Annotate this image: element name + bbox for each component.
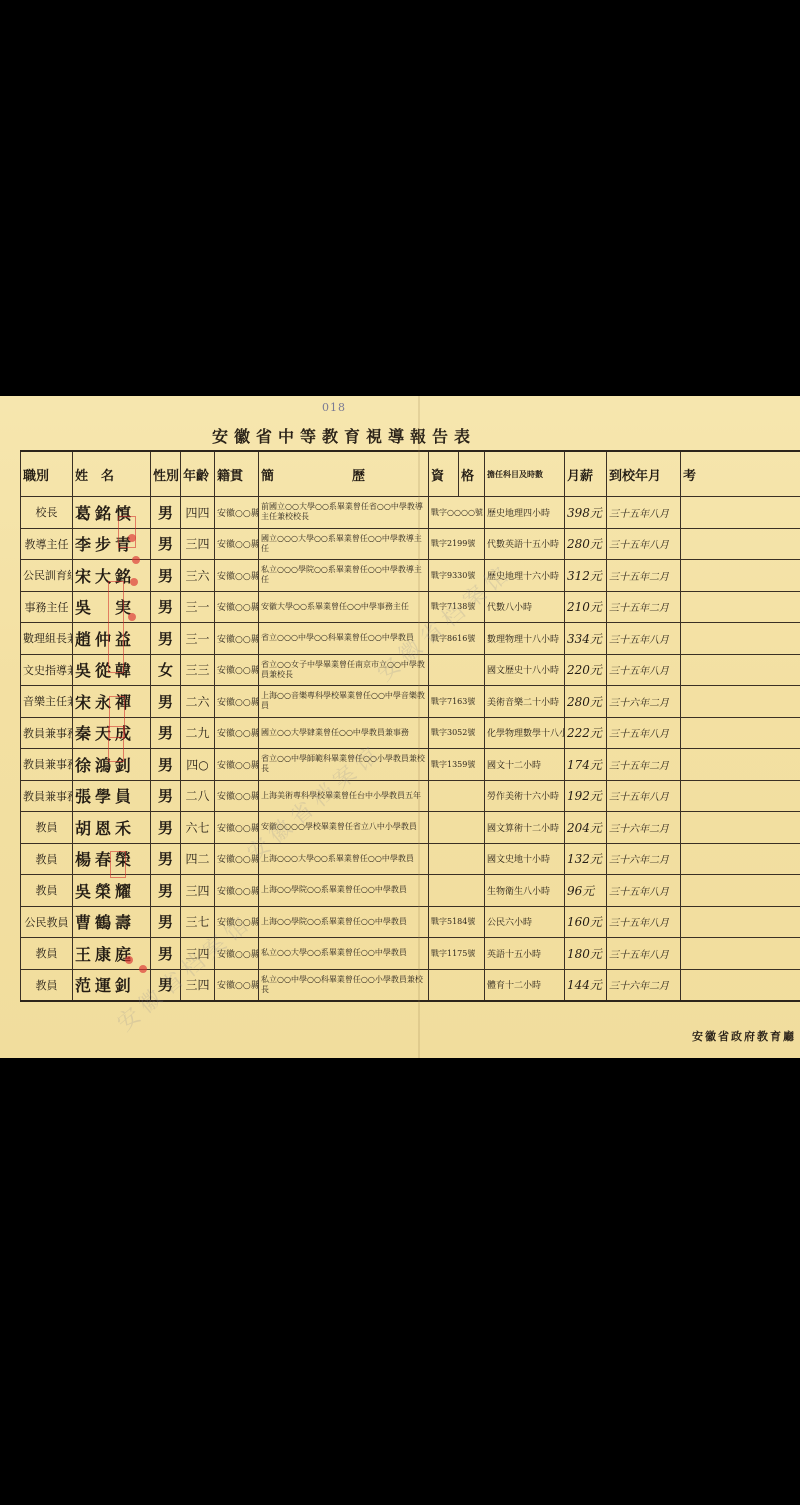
cell-arrival-date: 三十五年八月 bbox=[607, 717, 681, 749]
red-seal-mark bbox=[132, 556, 140, 564]
cell-sex: 男 bbox=[151, 875, 181, 907]
cell-role: 教員 bbox=[21, 875, 73, 907]
cell-arrival-date: 三十五年二月 bbox=[607, 749, 681, 781]
header-subjects: 擔任科目及時數 bbox=[485, 451, 565, 497]
cell-name: 葛銘慎 bbox=[73, 497, 151, 529]
cell-sex: 男 bbox=[151, 717, 181, 749]
cell-salary: 334元 bbox=[565, 623, 607, 655]
cell-qualification bbox=[429, 969, 485, 1001]
staff-table: 職別 姓 名 性別 年齡 籍貫 簡 歷 資 格 擔任科目及時數 月薪 到校年月 … bbox=[20, 450, 800, 1002]
cell-salary: 160元 bbox=[565, 906, 607, 938]
cell-role: 校長 bbox=[21, 497, 73, 529]
cell-subjects: 國文十二小時 bbox=[485, 749, 565, 781]
table-row: 教導主任 李步青 男 三四 安徽○○縣 國立○○○大學○○系畢業曾任○○中學教導… bbox=[21, 528, 800, 560]
cell-origin: 安徽○○縣 bbox=[215, 780, 259, 812]
cell-age: 三一 bbox=[181, 623, 215, 655]
red-seal bbox=[108, 581, 124, 673]
cell-remarks bbox=[681, 717, 800, 749]
cell-origin: 安徽○○縣 bbox=[215, 623, 259, 655]
table-row: 教員兼事務 張學員 男 二八 安徽○○縣 上海美術專科學校畢業曾任台中小學教員五… bbox=[21, 780, 800, 812]
cell-origin: 安徽○○縣 bbox=[215, 717, 259, 749]
red-seal-mark bbox=[139, 965, 147, 973]
red-seal-mark bbox=[128, 534, 136, 542]
cell-name: 張學員 bbox=[73, 780, 151, 812]
cell-arrival-date: 三十六年二月 bbox=[607, 686, 681, 718]
cell-qualification: 戰字1359號 bbox=[429, 749, 485, 781]
cell-remarks bbox=[681, 969, 800, 1001]
cell-salary: 280元 bbox=[565, 528, 607, 560]
header-qualification-1: 資 bbox=[429, 451, 459, 497]
cell-subjects: 美術音樂二十小時 bbox=[485, 686, 565, 718]
cell-salary: 398元 bbox=[565, 497, 607, 529]
cell-qualification bbox=[429, 780, 485, 812]
document-title: 安徽省中等教育視導報告表 bbox=[212, 424, 476, 447]
cell-role: 教員 bbox=[21, 812, 73, 844]
cell-salary: 220元 bbox=[565, 654, 607, 686]
table-row: 教員 吳榮耀 男 三四 安徽○○縣 上海○○學院○○系畢業曾任○○中學教員 生物… bbox=[21, 875, 800, 907]
cell-origin: 安徽○○縣 bbox=[215, 686, 259, 718]
cell-role: 公民訓育組長兼級任 bbox=[21, 560, 73, 592]
cell-history: 私立○○中學○○科畢業曾任○○小學教員兼校長 bbox=[259, 969, 429, 1001]
cell-name: 曹鶴壽 bbox=[73, 906, 151, 938]
cell-role: 教員 bbox=[21, 938, 73, 970]
cell-arrival-date: 三十五年八月 bbox=[607, 780, 681, 812]
issuing-organization: 安徽省政府教育廳 bbox=[692, 1028, 796, 1044]
cell-arrival-date: 三十五年八月 bbox=[607, 875, 681, 907]
cell-remarks bbox=[681, 623, 800, 655]
header-history: 簡 歷 bbox=[259, 451, 429, 497]
cell-subjects: 國文史地十小時 bbox=[485, 843, 565, 875]
cell-sex: 男 bbox=[151, 591, 181, 623]
cell-age: 三六 bbox=[181, 560, 215, 592]
cell-salary: 312元 bbox=[565, 560, 607, 592]
cell-remarks bbox=[681, 686, 800, 718]
cell-origin: 安徽○○縣 bbox=[215, 749, 259, 781]
header-qualification-2: 格 bbox=[459, 451, 485, 497]
cell-role: 教員兼事務 bbox=[21, 717, 73, 749]
cell-arrival-date: 三十五年八月 bbox=[607, 497, 681, 529]
cell-age: 四四 bbox=[181, 497, 215, 529]
cell-role: 公民教員 bbox=[21, 906, 73, 938]
cell-remarks bbox=[681, 780, 800, 812]
cell-origin: 安徽○○縣 bbox=[215, 969, 259, 1001]
cell-age: 三四 bbox=[181, 875, 215, 907]
cell-remarks bbox=[681, 906, 800, 938]
cell-salary: 144元 bbox=[565, 969, 607, 1001]
cell-sex: 男 bbox=[151, 812, 181, 844]
document-page: 018 安徽省中等教育視導報告表 職別 姓 名 性別 年齡 籍貫 簡 歷 資 格… bbox=[0, 396, 800, 1058]
cell-subjects: 歷史地理四小時 bbox=[485, 497, 565, 529]
cell-sex: 男 bbox=[151, 843, 181, 875]
cell-subjects: 英語十五小時 bbox=[485, 938, 565, 970]
cell-salary: 204元 bbox=[565, 812, 607, 844]
cell-arrival-date: 三十六年二月 bbox=[607, 812, 681, 844]
table-row: 教員 王康庭 男 三四 安徽○○縣 私立○○大學○○系畢業曾任○○中學教員 戰字… bbox=[21, 938, 800, 970]
cell-salary: 174元 bbox=[565, 749, 607, 781]
cell-arrival-date: 三十五年二月 bbox=[607, 560, 681, 592]
cell-role: 音樂主任兼訓導 bbox=[21, 686, 73, 718]
page-number: 018 bbox=[322, 401, 346, 414]
cell-salary: 222元 bbox=[565, 717, 607, 749]
cell-remarks bbox=[681, 938, 800, 970]
cell-history: 私立○○○學院○○系畢業曾任○○中學教導主任 bbox=[259, 560, 429, 592]
cell-history: 私立○○大學○○系畢業曾任○○中學教員 bbox=[259, 938, 429, 970]
cell-salary: 210元 bbox=[565, 591, 607, 623]
cell-age: 二六 bbox=[181, 686, 215, 718]
cell-remarks bbox=[681, 497, 800, 529]
cell-subjects: 化學物理數學十八小時 bbox=[485, 717, 565, 749]
cell-qualification: 戰字5184號 bbox=[429, 906, 485, 938]
cell-subjects: 體育十二小時 bbox=[485, 969, 565, 1001]
cell-subjects: 國文歷史十八小時 bbox=[485, 654, 565, 686]
red-seal bbox=[108, 726, 124, 762]
cell-origin: 安徽○○縣 bbox=[215, 591, 259, 623]
cell-salary: 280元 bbox=[565, 686, 607, 718]
cell-age: 四○ bbox=[181, 749, 215, 781]
table-row: 教員兼事務 徐鴻釗 男 四○ 安徽○○縣 省立○○中學師範科畢業曾任○○小學教員… bbox=[21, 749, 800, 781]
table-row: 校長 葛銘慎 男 四四 安徽○○縣 前國立○○大學○○系畢業曾任省○○中學教導主… bbox=[21, 497, 800, 529]
cell-qualification: 戰字3052號 bbox=[429, 717, 485, 749]
cell-subjects: 國文算術十二小時 bbox=[485, 812, 565, 844]
header-origin: 籍貫 bbox=[215, 451, 259, 497]
cell-age: 三一 bbox=[181, 591, 215, 623]
header-remarks: 考 bbox=[681, 451, 800, 497]
cell-role: 教員 bbox=[21, 969, 73, 1001]
table-row: 教員 胡恩禾 男 六七 安徽○○縣 安徽○○○○學校畢業曾任省立八中小學教員 國… bbox=[21, 812, 800, 844]
cell-role: 事務主任 bbox=[21, 591, 73, 623]
cell-name: 李步青 bbox=[73, 528, 151, 560]
cell-arrival-date: 三十五年八月 bbox=[607, 623, 681, 655]
table-row: 教員 楊春榮 男 四二 安徽○○縣 上海○○○大學○○系畢業曾任○○中學教員 國… bbox=[21, 843, 800, 875]
cell-role: 教員兼事務 bbox=[21, 749, 73, 781]
cell-arrival-date: 三十五年八月 bbox=[607, 528, 681, 560]
cell-history: 上海○○○大學○○系畢業曾任○○中學教員 bbox=[259, 843, 429, 875]
cell-qualification bbox=[429, 654, 485, 686]
cell-age: 二九 bbox=[181, 717, 215, 749]
header-sex: 性別 bbox=[151, 451, 181, 497]
cell-qualification: 戰字1175號 bbox=[429, 938, 485, 970]
cell-origin: 安徽○○縣 bbox=[215, 497, 259, 529]
cell-qualification: 戰字7163號 bbox=[429, 686, 485, 718]
table-header-row: 職別 姓 名 性別 年齡 籍貫 簡 歷 資 格 擔任科目及時數 月薪 到校年月 … bbox=[21, 451, 800, 497]
cell-origin: 安徽○○縣 bbox=[215, 875, 259, 907]
cell-history: 前國立○○大學○○系畢業曾任省○○中學教導主任兼校校長 bbox=[259, 497, 429, 529]
cell-qualification: 戰字○○○○號 bbox=[429, 497, 485, 529]
cell-history: 安徽大學○○系畢業曾任○○中學事務主任 bbox=[259, 591, 429, 623]
cell-history: 上海○○學院○○系畢業曾任○○中學教員 bbox=[259, 875, 429, 907]
cell-subjects: 勞作美術十六小時 bbox=[485, 780, 565, 812]
cell-age: 六七 bbox=[181, 812, 215, 844]
cell-remarks bbox=[681, 812, 800, 844]
cell-history: 上海○○音樂專科學校畢業曾任○○中學音樂教員 bbox=[259, 686, 429, 718]
cell-sex: 男 bbox=[151, 686, 181, 718]
cell-remarks bbox=[681, 528, 800, 560]
cell-remarks bbox=[681, 749, 800, 781]
cell-arrival-date: 三十六年二月 bbox=[607, 969, 681, 1001]
red-seal-mark bbox=[128, 613, 136, 621]
cell-arrival-date: 三十五年八月 bbox=[607, 654, 681, 686]
cell-origin: 安徽○○縣 bbox=[215, 654, 259, 686]
cell-sex: 男 bbox=[151, 497, 181, 529]
cell-qualification bbox=[429, 812, 485, 844]
cell-sex: 男 bbox=[151, 906, 181, 938]
cell-history: 上海○○學院○○系畢業曾任○○中學教員 bbox=[259, 906, 429, 938]
cell-sex: 男 bbox=[151, 749, 181, 781]
cell-sex: 男 bbox=[151, 528, 181, 560]
cell-history: 國立○○○大學○○系畢業曾任○○中學教導主任 bbox=[259, 528, 429, 560]
table-row: 公民教員 曹鶴壽 男 三七 安徽○○縣 上海○○學院○○系畢業曾任○○中學教員 … bbox=[21, 906, 800, 938]
red-seal-mark bbox=[125, 956, 133, 964]
cell-role: 教員 bbox=[21, 843, 73, 875]
cell-remarks bbox=[681, 654, 800, 686]
cell-remarks bbox=[681, 591, 800, 623]
table-row: 事務主任 吳 実 男 三一 安徽○○縣 安徽大學○○系畢業曾任○○中學事務主任 … bbox=[21, 591, 800, 623]
cell-sex: 女 bbox=[151, 654, 181, 686]
cell-salary: 132元 bbox=[565, 843, 607, 875]
cell-remarks bbox=[681, 875, 800, 907]
cell-sex: 男 bbox=[151, 780, 181, 812]
cell-name: 王康庭 bbox=[73, 938, 151, 970]
cell-subjects: 數理物理十八小時 bbox=[485, 623, 565, 655]
cell-qualification bbox=[429, 843, 485, 875]
cell-name: 胡恩禾 bbox=[73, 812, 151, 844]
cell-sex: 男 bbox=[151, 623, 181, 655]
header-role: 職別 bbox=[21, 451, 73, 497]
red-seal-mark bbox=[130, 578, 138, 586]
cell-subjects: 公民六小時 bbox=[485, 906, 565, 938]
cell-history: 國立○○大學肄業曾任○○中學教員兼事務 bbox=[259, 717, 429, 749]
header-arrival-date: 到校年月 bbox=[607, 451, 681, 497]
cell-arrival-date: 三十六年二月 bbox=[607, 843, 681, 875]
table-row: 教員兼事務 秦天成 男 二九 安徽○○縣 國立○○大學肄業曾任○○中學教員兼事務… bbox=[21, 717, 800, 749]
cell-arrival-date: 三十五年八月 bbox=[607, 938, 681, 970]
cell-role: 教導主任 bbox=[21, 528, 73, 560]
cell-sex: 男 bbox=[151, 560, 181, 592]
cell-subjects: 生物衛生八小時 bbox=[485, 875, 565, 907]
cell-origin: 安徽○○縣 bbox=[215, 560, 259, 592]
cell-salary: 96元 bbox=[565, 875, 607, 907]
cell-qualification bbox=[429, 875, 485, 907]
cell-remarks bbox=[681, 843, 800, 875]
cell-role: 教員兼事務 bbox=[21, 780, 73, 812]
cell-origin: 安徽○○縣 bbox=[215, 528, 259, 560]
cell-arrival-date: 三十五年八月 bbox=[607, 906, 681, 938]
cell-name: 吳榮耀 bbox=[73, 875, 151, 907]
red-seal bbox=[110, 851, 126, 878]
cell-salary: 192元 bbox=[565, 780, 607, 812]
header-salary: 月薪 bbox=[565, 451, 607, 497]
red-seal bbox=[118, 516, 136, 548]
cell-role: 數理組長兼級任 bbox=[21, 623, 73, 655]
cell-subjects: 代數英語十五小時 bbox=[485, 528, 565, 560]
cell-qualification: 戰字2199號 bbox=[429, 528, 485, 560]
header-age: 年齡 bbox=[181, 451, 215, 497]
cell-age: 四二 bbox=[181, 843, 215, 875]
cell-arrival-date: 三十五年二月 bbox=[607, 591, 681, 623]
table-row: 公民訓育組長兼級任 宋大銘 男 三六 安徽○○縣 私立○○○學院○○系畢業曾任○… bbox=[21, 560, 800, 592]
header-name: 姓 名 bbox=[73, 451, 151, 497]
table-row: 音樂主任兼訓導 宋永禪 男 二六 安徽○○縣 上海○○音樂專科學校畢業曾任○○中… bbox=[21, 686, 800, 718]
cell-age: 三四 bbox=[181, 528, 215, 560]
cell-role: 文史指導兼級任 bbox=[21, 654, 73, 686]
cell-age: 三三 bbox=[181, 654, 215, 686]
cell-salary: 180元 bbox=[565, 938, 607, 970]
cell-remarks bbox=[681, 560, 800, 592]
cell-age: 二八 bbox=[181, 780, 215, 812]
